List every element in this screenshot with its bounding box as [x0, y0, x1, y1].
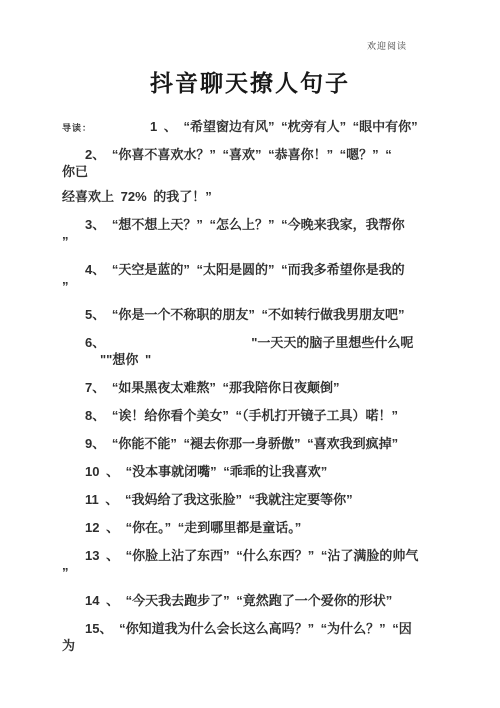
text-line: 经喜欢上 72% 的我了！”: [62, 188, 438, 205]
text-line: 3、 “想不想上天？” “怎么上？” “今晚来我家，我帮你: [62, 216, 438, 233]
intro-text: 1 、 “希望窗边有风” “枕旁有人” “眼中有你”: [150, 118, 418, 135]
text-line: 13 、 “你脸上沾了东西” “什么东西？” “沾了满脸的帅气: [62, 547, 438, 564]
intro-row: 导读： 1 、 “希望窗边有风” “枕旁有人” “眼中有你”: [62, 118, 438, 135]
text-line: ”: [62, 233, 438, 250]
text-line: 8、 “诶！给你看个美女” “（手机打开镜子工具）喏！”: [62, 407, 438, 424]
item-text: "一天天的脑子里想些什么呢: [251, 335, 413, 350]
text-line: 11 、 “我妈给了我这张脸” “我就注定要等你”: [62, 491, 438, 508]
text-line: 15、 “你知道我为什么会长这么高吗？” “为什么？” “因: [62, 620, 438, 637]
text-line: 5、 “你是一个不称职的朋友” “不如转行做我男朋友吧”: [62, 306, 438, 323]
text-line: 7、 “如果黑夜太难熬” “那我陪你日夜颠倒”: [62, 379, 438, 396]
text-line: 4、 “天空是蓝的” “太阳是圆的” “而我多希望你是我的: [62, 261, 438, 278]
intro-label: 导读：: [62, 121, 150, 134]
text-line: 6、"一天天的脑子里想些什么呢: [62, 334, 438, 351]
text-line: 你已: [62, 163, 438, 180]
text-line: 2、 “你喜不喜欢水？” “喜欢” “恭喜你！” “嗯？” “: [62, 146, 438, 163]
text-line: 为: [62, 637, 438, 654]
text-line: 10 、 “没本事就闭嘴” “乖乖的让我喜欢”: [62, 463, 438, 480]
text-line: ""想你 ": [62, 351, 438, 368]
text-line: ”: [62, 278, 438, 295]
document-page: 欢迎阅读 抖音聊天撩人句子 导读： 1 、 “希望窗边有风” “枕旁有人” “眼…: [0, 0, 500, 708]
document-title: 抖音聊天撩人句子: [62, 68, 438, 98]
text-line: 12 、 “你在。” “走到哪里都是童话。”: [62, 519, 438, 536]
text-line: 14 、 “今天我去跑步了” “竟然跑了一个爱你的形状”: [62, 592, 438, 609]
text-line: ”: [62, 564, 438, 581]
header-note: 欢迎阅读: [62, 40, 407, 52]
sentence-list: 2、 “你喜不喜欢水？” “喜欢” “恭喜你！” “嗯？” “你已经喜欢上 72…: [62, 146, 438, 654]
text-line: 9、 “你能不能” “褪去你那一身骄傲” “喜欢我到疯掉”: [62, 435, 438, 452]
item-number: 6、: [85, 335, 105, 350]
